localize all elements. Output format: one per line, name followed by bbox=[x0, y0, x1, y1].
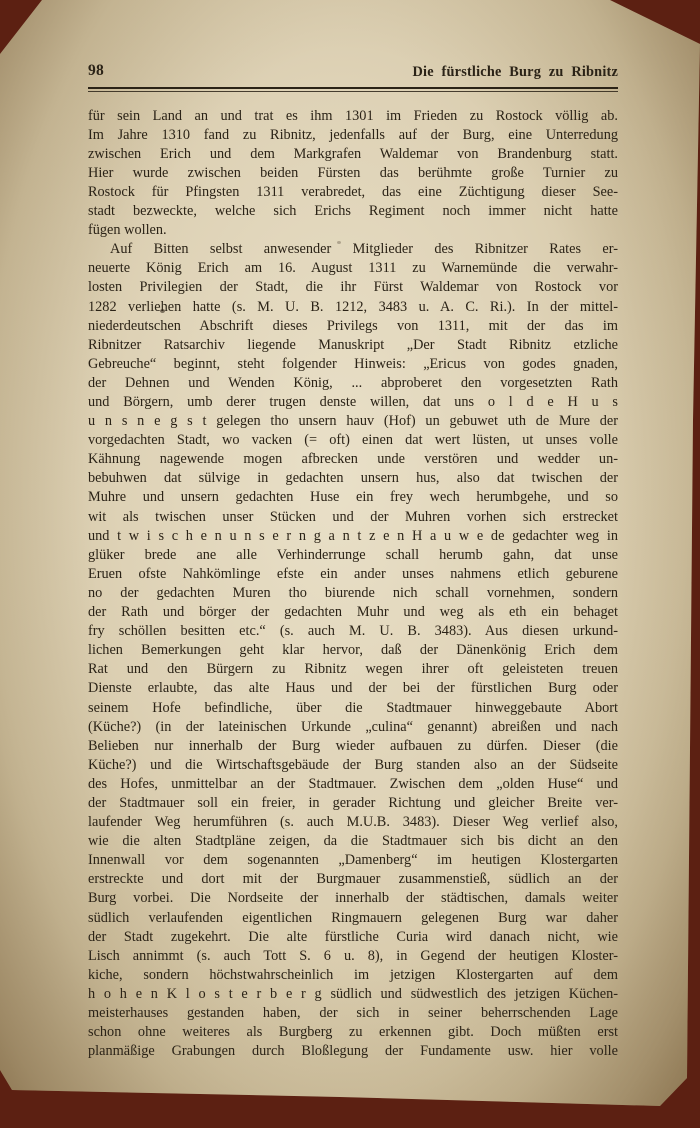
text-line: der Dehnen und Wenden König, ... abprobe… bbox=[88, 374, 618, 393]
text-line: Burg vorbei. Die Nordseite der innerhalb… bbox=[88, 889, 618, 908]
header-rule-thick bbox=[88, 87, 618, 89]
text-line: bebuhwen dat sülvige in gedachten unsern… bbox=[88, 469, 618, 488]
text-line: Belieben nur innerhalb der Burg wieder a… bbox=[88, 737, 618, 756]
text-line: fügen wollen. bbox=[88, 221, 618, 240]
text-line: meisterhauses gestanden haben, der sich … bbox=[88, 1004, 618, 1023]
text-line: planmäßige Grabungen durch Bloßlegung de… bbox=[88, 1042, 618, 1061]
page-number: 98 bbox=[88, 62, 104, 80]
text-line: kiche, sondern höchstwahrscheinlich im j… bbox=[88, 966, 618, 985]
text-line: und t w i s c h e n u n s e r n g a n t … bbox=[88, 527, 618, 546]
text-line: für sein Land an und trat es ihm 1301 im… bbox=[88, 107, 618, 126]
body-text: für sein Land an und trat es ihm 1301 im… bbox=[88, 107, 618, 1062]
paragraph-second: Auf Bitten selbst anwesender Mitglieder … bbox=[88, 240, 618, 1061]
text-line: Rostock für Pfingsten 1311 verabredet, d… bbox=[88, 183, 618, 202]
header-rule-thin bbox=[88, 91, 618, 92]
text-line: Muhre und unsern gedachten Huse ein frey… bbox=[88, 488, 618, 507]
text-line: niederdeutschen Abschrift dieses Privile… bbox=[88, 317, 618, 336]
text-line: Dienste erlaubte, das alte Haus und der … bbox=[88, 679, 618, 698]
text-line: des Hofes, unmittelbar an der Stadtmauer… bbox=[88, 775, 618, 794]
text-line: Hier wurde zwischen beiden Fürsten das b… bbox=[88, 164, 618, 183]
text-line: glüker brede ane alle Verhinderrunge sch… bbox=[88, 546, 618, 565]
text-line: Lisch annimmt (s. auch Tott S. 6 u. 8), … bbox=[88, 947, 618, 966]
text-line: h o h e n K l o s t e r b e r g südlich … bbox=[88, 985, 618, 1004]
text-line: der Stadt zugekehrt. Die alte fürstliche… bbox=[88, 928, 618, 947]
text-line: (Küche?) (in der lateinischen Urkunde „c… bbox=[88, 718, 618, 737]
text-line: zwischen Erich und dem Markgrafen Waldem… bbox=[88, 145, 618, 164]
text-line: der Stadtmauer soll ein freier, in gerad… bbox=[88, 794, 618, 813]
text-line: fry schöllen besitten etc.“ (s. auch M. … bbox=[88, 622, 618, 641]
page-content: 98 Die fürstliche Burg zu Ribnitz für se… bbox=[88, 62, 618, 1061]
running-title: Die fürstliche Burg zu Ribnitz bbox=[413, 64, 618, 81]
text-line: laufender Weg herumführen (s. auch M.U.B… bbox=[88, 813, 618, 832]
text-line: südlich verlaufenden eigentlichen Ringma… bbox=[88, 909, 618, 928]
text-line: seinem Hofe befindliche, über die Stadtm… bbox=[88, 699, 618, 718]
text-line: Rat und den Bürgern zu Ribnitz wegen ihr… bbox=[88, 660, 618, 679]
text-line: Gebreuche“ beginnt, steht folgender Hinw… bbox=[88, 355, 618, 374]
text-line: u n s n e g s t gelegen tho unsern hauv … bbox=[88, 412, 618, 431]
text-line: stadt bezweckte, welche sich Erichs Regi… bbox=[88, 202, 618, 221]
text-line: schon ohne weiteres als Burgberg zu erke… bbox=[88, 1023, 618, 1042]
text-line: Im Jahre 1310 fand zu Ribnitz, jedenfall… bbox=[88, 126, 618, 145]
paragraph-continued: für sein Land an und trat es ihm 1301 im… bbox=[88, 107, 618, 241]
text-line: vorgedachten Stadt, wo vacken (= oft) ei… bbox=[88, 431, 618, 450]
text-line: losten Privilegien der Stadt, die ihr Fü… bbox=[88, 278, 618, 297]
text-line: Auf Bitten selbst anwesender Mitglieder … bbox=[88, 240, 618, 259]
text-line: wie die alten Stadtpläne zeigen, da die … bbox=[88, 832, 618, 851]
text-line: Innenwall vor dem sogenannten „Damenberg… bbox=[88, 851, 618, 870]
text-line: Küche?) und die Wirtschaftsgebäude der B… bbox=[88, 756, 618, 775]
text-line: Eruen ofste Nahkömlinge efste ein ander … bbox=[88, 565, 618, 584]
page-header: 98 Die fürstliche Burg zu Ribnitz bbox=[88, 62, 618, 84]
text-line: Ribnitzer Ratsarchiv liegende Manuskript… bbox=[88, 336, 618, 355]
text-line: Kähnung nagewende mogen afbrecken unde v… bbox=[88, 450, 618, 469]
text-line: lichen Bemerkungen geht klar hervor, daß… bbox=[88, 641, 618, 660]
text-line: erstreckte und dort mit der Burgmauer zu… bbox=[88, 870, 618, 889]
text-line: no der gedachten Muren tho biurende nich… bbox=[88, 584, 618, 603]
text-line: und Börgern, umb derer trugen denste wil… bbox=[88, 393, 618, 412]
text-line: neuerte König Erich am 16. August 1311 z… bbox=[88, 259, 618, 278]
text-line: 1282 verliehen hatte (s. M. U. B. 1212, … bbox=[88, 298, 618, 317]
text-line: wit als twischen unser Stücken und der M… bbox=[88, 508, 618, 527]
text-line: der Rath und börger der gedachten Muhr u… bbox=[88, 603, 618, 622]
